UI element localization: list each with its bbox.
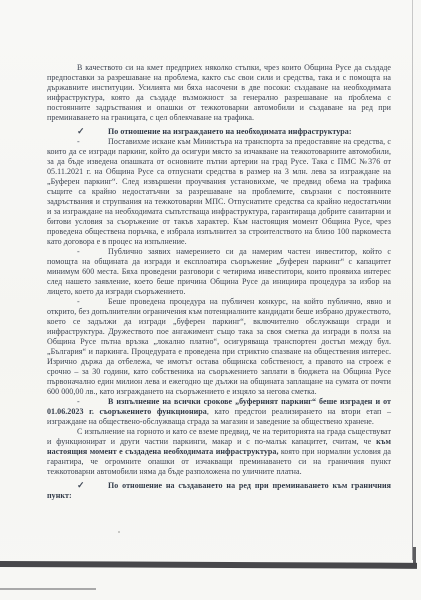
dash-bullet-icon: -	[77, 137, 108, 147]
paragraph-public-competition: -Беше проведена процедура на публичен ко…	[47, 297, 391, 397]
checkmark-icon: ✓	[77, 126, 108, 136]
scan-page-edge-bottom-bar	[0, 561, 417, 569]
section-heading-infrastructure: ✓По отношение на изграждането на необход…	[47, 126, 391, 137]
paragraph-conclusion-infrastructure: С изпълнение на горното и като се вземе …	[47, 427, 391, 477]
scan-artifact-line	[0, 588, 96, 590]
paragraph-text: С изпълнение на горното и като се вземе …	[47, 427, 391, 446]
section-heading-border-order: ✓По отношение на създаването на ред при …	[47, 480, 391, 501]
scanned-document-page: В качеството си на кмет предприех няколк…	[0, 0, 421, 600]
dash-bullet-icon: -	[77, 297, 108, 307]
paragraph-text: Беше проведена процедура на публичен кон…	[47, 297, 391, 396]
scan-page-edge-vertical-line	[412, 0, 413, 560]
scan-speckle	[118, 531, 120, 533]
scan-speckle	[352, 95, 354, 97]
dash-bullet-icon: -	[77, 397, 108, 407]
heading-text: По отношение на изграждането на необходи…	[108, 127, 352, 136]
paragraph-private-investor: -Публично заявих намерението си да намер…	[47, 247, 391, 297]
checkmark-icon: ✓	[77, 480, 108, 490]
dash-bullet-icon: -	[77, 247, 108, 257]
paragraph-text: Поставихме искане към Министъра на транс…	[47, 137, 391, 246]
paragraph-intro: В качеството си на кмет предприех няколк…	[47, 63, 391, 123]
paragraph-funding-request: -Поставихме искане към Министъра на тран…	[47, 137, 391, 247]
paragraph-text: В качеството си на кмет предприех няколк…	[47, 63, 391, 122]
document-body: В качеството си на кмет предприех няколк…	[47, 63, 391, 501]
paragraph-parking-built: -В изпълнение на всички срокове „буферни…	[47, 397, 391, 427]
